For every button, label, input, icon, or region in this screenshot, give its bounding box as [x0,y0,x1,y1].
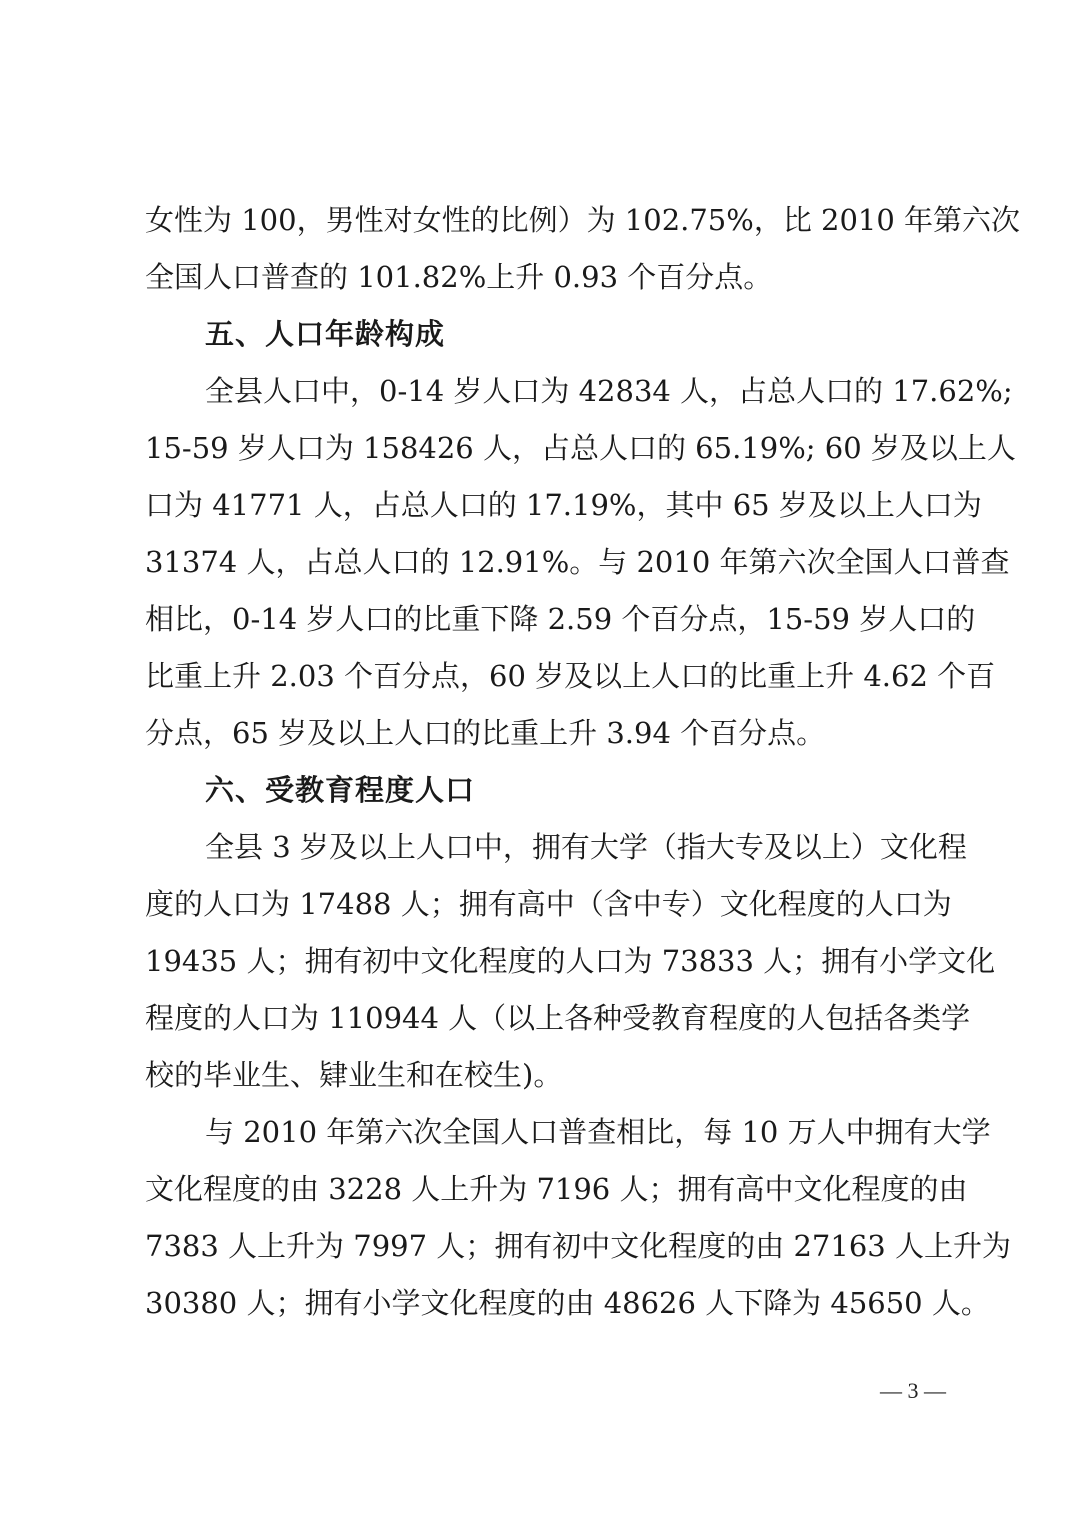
text-line: 女性为 100，男性对女性的比例）为 102.75%，比 2010 年第六次 [145,192,947,249]
text-line: 30380 人；拥有小学文化程度的由 48626 人下降为 45650 人。 [145,1275,947,1332]
text-line: 相比，0-14 岁人口的比重下降 2.59 个百分点，15-59 岁人口的 [145,591,947,648]
text-line: 比重上升 2.03 个百分点，60 岁及以上人口的比重上升 4.62 个百 [145,648,947,705]
text-line: 19435 人；拥有初中文化程度的人口为 73833 人；拥有小学文化 [145,933,947,990]
text-line: 口为 41771 人，占总人口的 17.19%，其中 65 岁及以上人口为 [145,477,947,534]
text-line: 全县人口中，0-14 岁人口为 42834 人，占总人口的 17.62%; [145,363,947,420]
text-line: 程度的人口为 110944 人（以上各种受教育程度的人包括各类学 [145,990,947,1047]
section-heading-age-structure: 五、人口年龄构成 [145,306,947,363]
document-page: 女性为 100，男性对女性的比例）为 102.75%，比 2010 年第六次 全… [145,192,947,1332]
text-line: 全国人口普查的 101.82%上升 0.93 个百分点。 [145,249,947,306]
text-line: 文化程度的由 3228 人上升为 7196 人；拥有高中文化程度的由 [145,1161,947,1218]
text-line: 31374 人，占总人口的 12.91%。与 2010 年第六次全国人口普查 [145,534,947,591]
section-heading-education: 六、受教育程度人口 [145,762,947,819]
text-line: 与 2010 年第六次全国人口普查相比，每 10 万人中拥有大学 [145,1104,947,1161]
text-line: 7383 人上升为 7997 人；拥有初中文化程度的由 27163 人上升为 [145,1218,947,1275]
text-line: 15-59 岁人口为 158426 人，占总人口的 65.19%; 60 岁及以… [145,420,947,477]
text-line: 分点，65 岁及以上人口的比重上升 3.94 个百分点。 [145,705,947,762]
page-number: — 3 — [880,1378,946,1404]
text-line: 度的人口为 17488 人；拥有高中（含中专）文化程度的人口为 [145,876,947,933]
text-line: 全县 3 岁及以上人口中，拥有大学（指大专及以上）文化程 [145,819,947,876]
text-line: 校的毕业生、肄业生和在校生)。 [145,1047,947,1104]
